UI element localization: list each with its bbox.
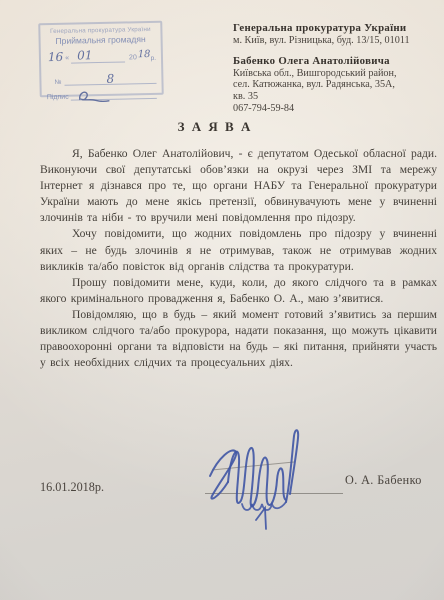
applicant-address-line2: сел. Катюжанка, вул. Радянська, 35А, (233, 79, 435, 91)
stamp-signature-label: Підпис (47, 94, 69, 101)
recipient-org-name: Генеральна прокуратура України (233, 23, 435, 35)
stamp-date-blank-line (99, 61, 126, 63)
footer-date: 16.01.2018р. (40, 480, 104, 495)
stamp-year-handwritten: 18 (138, 49, 151, 60)
document-body: Я, Бабенко Олег Анатолійович, - є депута… (40, 146, 437, 371)
stamp-number-value: 8 (106, 72, 114, 86)
stamp-year-suffix: р. (151, 55, 157, 62)
paragraph-4: Повідомляю, що в будь – який момент гото… (40, 307, 437, 371)
stamp-date-separator: « (65, 55, 69, 62)
stamp-number-label: № (54, 79, 61, 86)
paragraph-2: Хочу повідомити, що жодних повідомлень п… (40, 226, 437, 274)
applicant-phone: 067-794-59-84 (233, 103, 435, 115)
document-title: З А Я В А (0, 119, 430, 135)
stamp-number-line: 8 (64, 65, 156, 86)
paragraph-1: Я, Бабенко Олег Анатолійович, - є депута… (40, 146, 437, 226)
stamp-signature-scribble-icon (76, 87, 110, 106)
stamp-signature-line (70, 86, 156, 101)
stamp-year-printed: 20 (129, 54, 137, 61)
reception-stamp: Генеральна прокуратура України Приймальн… (38, 21, 164, 98)
applicant-address-line1: Київська обл., Вишгородський район, (233, 68, 435, 80)
document-photo: Генеральна прокуратура України Приймальн… (0, 0, 444, 600)
footer-signatory-name: О. А. Бабенко (345, 473, 422, 488)
stamp-signature-row: Підпис (47, 86, 157, 101)
paragraph-3: Прошу повідомити мене, куди, коли, до як… (40, 275, 437, 307)
stamp-date-row: 16 « 01 20 18 р. (46, 47, 156, 64)
handwritten-signature (198, 424, 318, 532)
stamp-date-month: 01 (71, 48, 99, 64)
recipient-org-address: м. Київ, вул. Різницька, буд. 13/15, 010… (233, 35, 435, 47)
stamp-org-dept: Приймальня громадян (46, 34, 156, 46)
applicant-address-line3: кв. 35 (233, 91, 435, 103)
address-header: Генеральна прокуратура України м. Київ, … (233, 23, 435, 114)
applicant-name: Бабенко Олега Анатолійовича (233, 56, 435, 68)
stamp-date-day: 16 (48, 50, 64, 64)
stamp-number-row: № 8 (46, 65, 156, 86)
